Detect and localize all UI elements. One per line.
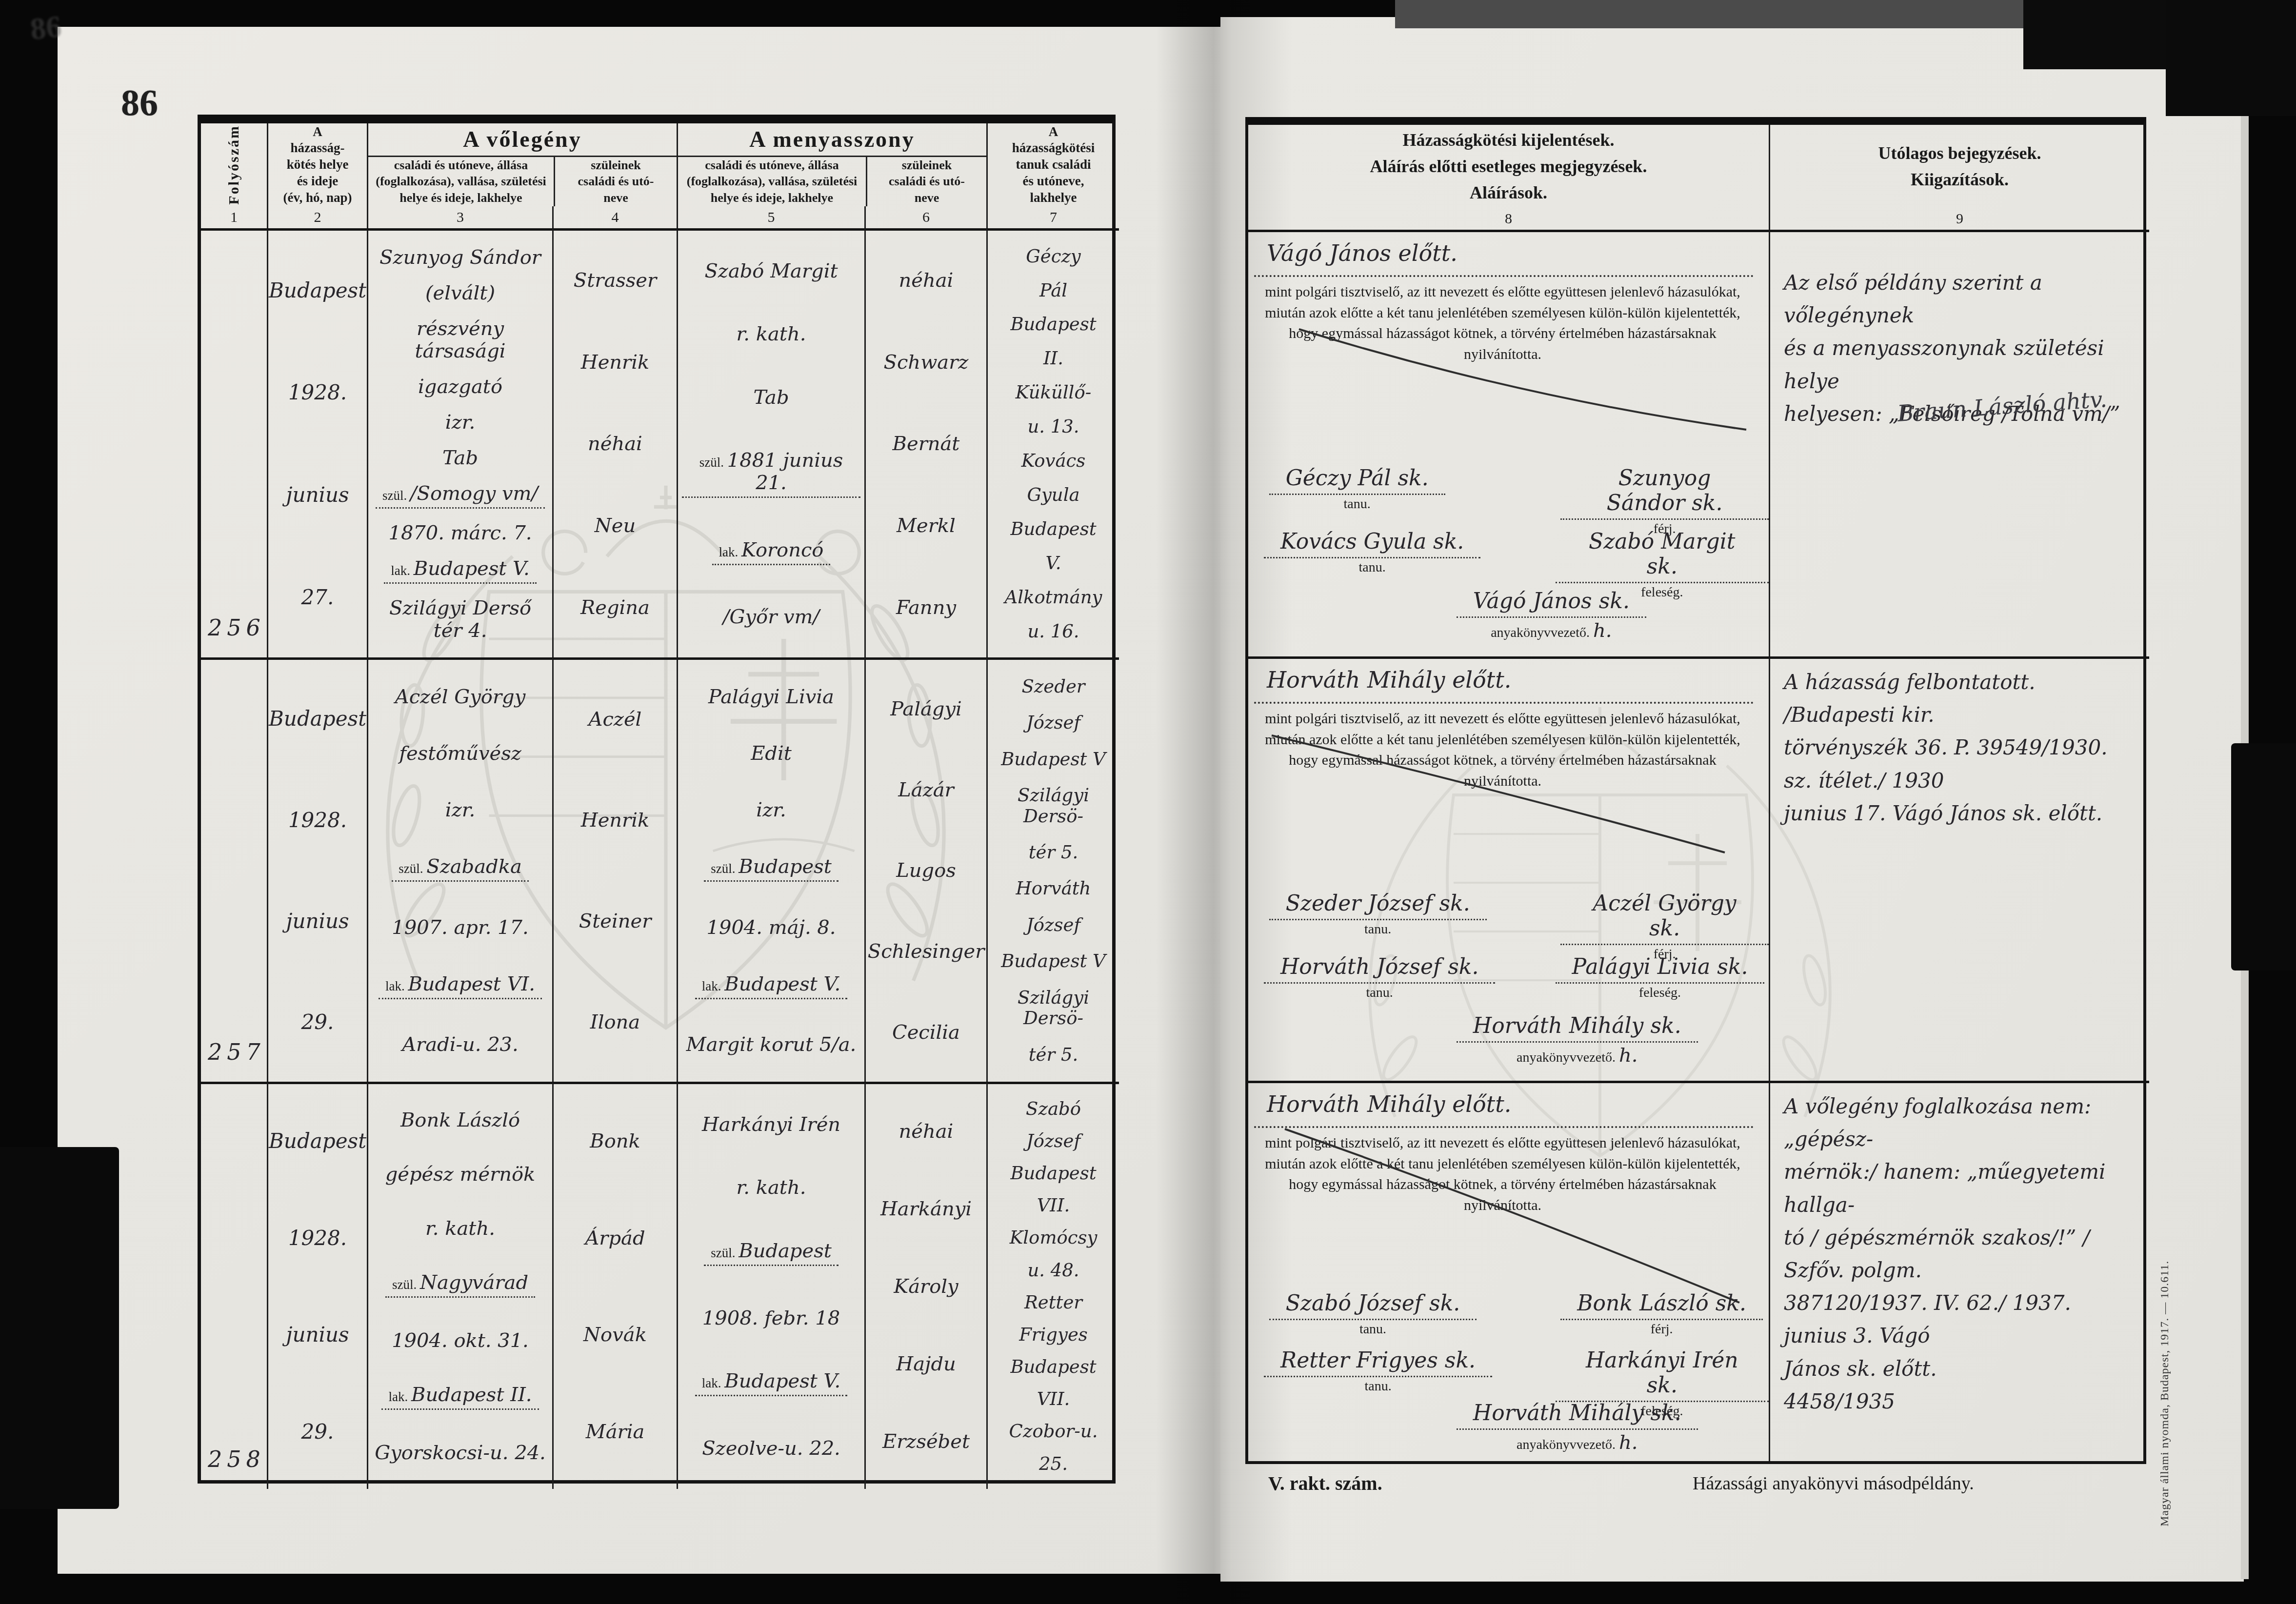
line: Házasságkötési kijelentések. bbox=[1403, 127, 1615, 153]
line: Aláírások. bbox=[1470, 179, 1547, 206]
printed-label: lak. bbox=[385, 979, 408, 993]
line: Harkányi bbox=[880, 1198, 972, 1220]
witness2-signature: Retter Frigyes sk.tanu. bbox=[1264, 1348, 1492, 1394]
line: szüleinek bbox=[867, 157, 986, 174]
line: Tab bbox=[753, 386, 789, 409]
groom-details: Bonk Lászlógépész mérnökr. kath.szül. Na… bbox=[367, 1082, 552, 1489]
line: Bonk bbox=[590, 1130, 640, 1152]
line: Novák bbox=[583, 1324, 647, 1346]
line: lak. Budapest II. bbox=[381, 1384, 539, 1410]
colnum-9: 9 bbox=[1769, 208, 2149, 230]
bride-group-title: A menyasszony bbox=[678, 123, 986, 157]
line: (foglalkozása), vallása, születési bbox=[678, 173, 866, 190]
printed-label: lak. bbox=[388, 1389, 411, 1404]
officiant-name: Vágó János előtt. bbox=[1267, 240, 1457, 266]
declaration-block: Horváth Mihály előtt. mint polgári tiszt… bbox=[1248, 1081, 1769, 1461]
line: Küküllő- bbox=[1016, 382, 1091, 403]
line: 1904. okt. 31. bbox=[392, 1329, 529, 1352]
entry-number: 256 bbox=[201, 228, 267, 657]
printed-label: lak. bbox=[719, 545, 742, 559]
line: 29. bbox=[301, 1420, 334, 1444]
line: szül. Nagyvárad bbox=[385, 1271, 535, 1298]
printed-label: szül. bbox=[711, 861, 739, 876]
line: 1870. márc. 7. bbox=[388, 522, 532, 544]
line: lakhelye bbox=[1030, 190, 1077, 206]
line: r. kath. bbox=[737, 323, 806, 345]
groom-parents-header: szüleinekcsaládi és utó-neve bbox=[555, 157, 677, 206]
printed-label: szül. bbox=[699, 455, 727, 470]
scan-artifact-corner2 bbox=[2166, 0, 2296, 116]
line: 1908. febr. 18 bbox=[702, 1307, 840, 1329]
scan-artifact-bar bbox=[1395, 0, 2025, 28]
line: V. bbox=[1045, 553, 1061, 574]
line: János sk. előtt. bbox=[1784, 1352, 2139, 1385]
header-folyoszam-label: Folyószám bbox=[226, 125, 242, 205]
registrar-signature: Horváth Mihály sk.anyakönyvvezető. h. bbox=[1457, 1013, 1698, 1067]
line: 1928. bbox=[288, 381, 347, 404]
line: 29. bbox=[301, 1010, 334, 1034]
line: néhai bbox=[588, 433, 642, 455]
printed-label: lak. bbox=[702, 1376, 725, 1390]
line: Bernát bbox=[893, 433, 960, 455]
line: József bbox=[1026, 713, 1080, 733]
line: Alkotmány bbox=[1005, 587, 1102, 608]
line: mérnök:/ hanem: „műegyetemi hallga- bbox=[1784, 1155, 2139, 1221]
place-and-date: Budapest1928.junius29. bbox=[267, 1082, 367, 1489]
line: 25. bbox=[1039, 1454, 1068, 1475]
line: A vőlegény foglalkozása nem: „gépész- bbox=[1784, 1090, 2139, 1155]
officiant-name: Horváth Mihály előtt. bbox=[1267, 667, 1511, 693]
scanned-marriage-register-spread: 86 86 86 Folyószám Aházasság-kötés helye… bbox=[0, 0, 2296, 1604]
line: Cecilia bbox=[892, 1021, 960, 1044]
printed-label: szül. bbox=[392, 1277, 420, 1292]
officiant-name: Horváth Mihály előtt. bbox=[1267, 1091, 1511, 1117]
header-declarations: Házasságkötési kijelentések.Aláírás előt… bbox=[1248, 125, 1769, 208]
line: Budapest V bbox=[1001, 749, 1106, 770]
line: Budapest bbox=[269, 1129, 366, 1153]
colnum-5: 5 bbox=[677, 206, 864, 228]
line: izr. bbox=[445, 799, 475, 821]
line: A házasság felbontatott. /Budapesti kir. bbox=[1784, 666, 2139, 731]
line: izr. bbox=[445, 411, 475, 434]
line: Margit korut 5/a. bbox=[686, 1033, 857, 1056]
line: szül. Szabadka bbox=[392, 855, 528, 882]
witness2-signature: Kovács Gyula sk.tanu. bbox=[1264, 529, 1480, 575]
line: Szeolve-u. 22. bbox=[702, 1437, 840, 1460]
printed-statement: mint polgári tisztviselő, az itt nevezet… bbox=[1258, 282, 1747, 365]
line: Az első példány szerint a vőlegénynek bbox=[1784, 266, 2139, 332]
line: tanuk családi bbox=[1016, 157, 1091, 173]
line: lak. Koroncó bbox=[712, 539, 831, 565]
subsequent-note: A vőlegény foglalkozása nem: „gépész-mér… bbox=[1769, 1081, 2149, 1461]
line: Budapest bbox=[1010, 314, 1096, 335]
line: Budapest V bbox=[1001, 951, 1106, 972]
line: Bonk László bbox=[400, 1109, 520, 1131]
line: Palágyi bbox=[890, 698, 962, 720]
colnum-7: 7 bbox=[986, 206, 1119, 228]
line: házasság- bbox=[290, 140, 344, 157]
line: r. kath. bbox=[425, 1217, 495, 1240]
header-groom-group: A vőlegény családi és utóneve, állása(fo… bbox=[367, 123, 677, 206]
line: Árpád bbox=[585, 1227, 645, 1249]
line: junius 17. Vágó János sk. előtt. bbox=[1784, 797, 2139, 830]
line: Lugos bbox=[896, 859, 956, 882]
line: Hajdu bbox=[896, 1353, 956, 1375]
groom-details: Szunyog Sándor(elvált)részvény társasági… bbox=[367, 228, 552, 657]
colnum-1: 1 bbox=[201, 206, 267, 228]
line: szül. Budapest bbox=[704, 855, 839, 882]
line: házasságkötési bbox=[1012, 140, 1095, 157]
bride-parents: PalágyiLázárLugosSchlesingerCecilia bbox=[864, 657, 986, 1082]
declarations-table: Házasságkötési kijelentések.Aláírás előt… bbox=[1245, 117, 2146, 1464]
line: néhai bbox=[899, 1120, 954, 1143]
line: Schwarz bbox=[884, 351, 969, 374]
line: szül. /Somogy vm/ bbox=[376, 482, 545, 509]
line: Regina bbox=[580, 596, 650, 619]
header-bride-group: A menyasszony családi és utóneve, állása… bbox=[677, 123, 986, 206]
line: junius bbox=[286, 1323, 349, 1347]
line: VII. bbox=[1037, 1389, 1070, 1410]
line: Schlesinger bbox=[868, 940, 985, 963]
groom-parents: StrasserHenriknéhaiNeuRegina bbox=[552, 228, 677, 657]
line: Frigyes bbox=[1019, 1325, 1088, 1346]
line: Aczél György bbox=[395, 686, 526, 708]
bride-parents-header: szüleinekcsaládi és utó-neve bbox=[867, 157, 986, 206]
header-witnesses: Aházasságkötésitanuk családiés utóneve,l… bbox=[986, 123, 1119, 206]
line: és ideje bbox=[297, 173, 339, 190]
line: Aczél bbox=[589, 708, 642, 731]
line: junius bbox=[286, 483, 349, 507]
subsequent-note: A házasság felbontatott. /Budapesti kir.… bbox=[1769, 656, 2149, 1081]
registrar-signature: Horváth Mihály sk.anyakönyvvezető. h. bbox=[1457, 1401, 1698, 1454]
line: és utóneve, bbox=[1023, 173, 1084, 190]
printed-statement: mint polgári tisztviselő, az itt nevezet… bbox=[1258, 1133, 1747, 1216]
place-and-date: Budapest1928.junius29. bbox=[267, 657, 367, 1082]
printed-label: szül. bbox=[399, 861, 426, 876]
line: kötés helye bbox=[287, 157, 349, 173]
groom-group-title: A vőlegény bbox=[368, 123, 677, 157]
line: A bbox=[313, 124, 322, 140]
colnum-8: 8 bbox=[1248, 208, 1769, 230]
line: Szabó bbox=[1026, 1099, 1081, 1120]
husband-signature: Aczél György sk.férj. bbox=[1560, 891, 1769, 962]
line: Gyorskocsi-u. 24. bbox=[375, 1442, 546, 1464]
groom-parents: AczélHenrikSteinerIlona bbox=[552, 657, 677, 1082]
line: tér 5. bbox=[1029, 842, 1078, 863]
line: Erzsébet bbox=[882, 1430, 970, 1453]
entry-number: 257. bbox=[201, 657, 267, 1082]
bride-details: Harkányi Irénr. kath.szül. Budapest1908.… bbox=[677, 1082, 864, 1489]
line: tér 5. bbox=[1029, 1045, 1078, 1066]
line: u. 13. bbox=[1027, 416, 1079, 437]
line: családi és utó- bbox=[555, 173, 677, 190]
line: lak. Budapest V. bbox=[384, 557, 536, 584]
line: 387120/1937. IV. 62./ 1937. junius 3. Vá… bbox=[1784, 1287, 2139, 1352]
witnesses: GéczyPálBudapestII.Küküllő-u. 13.KovácsG… bbox=[986, 228, 1119, 657]
line: gépész mérnök bbox=[385, 1163, 536, 1186]
line: 27. bbox=[301, 586, 334, 609]
line: Utólagos bejegyzések. bbox=[1878, 140, 2041, 166]
line: Kovács bbox=[1021, 451, 1086, 472]
line: 1907. apr. 17. bbox=[392, 916, 528, 939]
line: /Győr vm/ bbox=[723, 606, 819, 628]
line: 1904. máj. 8. bbox=[707, 916, 836, 939]
line: festőművész bbox=[399, 742, 521, 765]
dotted-rule bbox=[1254, 1126, 1754, 1128]
husband-signature: Bonk László sk.férj. bbox=[1560, 1291, 1763, 1337]
registrar-signature: Vágó János sk.anyakönyvvezető. h. bbox=[1457, 589, 1646, 642]
line: igazgató bbox=[418, 376, 502, 398]
line: (elvált) bbox=[425, 282, 495, 304]
printed-label: lak. bbox=[391, 563, 414, 578]
line: Aláírás előtti esetleges megjegyzések. bbox=[1370, 153, 1647, 179]
printed-statement: mint polgári tisztviselő, az itt nevezet… bbox=[1258, 709, 1747, 792]
line: Budapest bbox=[269, 707, 366, 731]
dotted-rule bbox=[1254, 275, 1754, 277]
line: Szunyog Sándor bbox=[379, 246, 541, 269]
declaration-block: Horváth Mihály előtt. mint polgári tiszt… bbox=[1248, 656, 1769, 1081]
line: Lázár bbox=[898, 779, 954, 801]
printer-imprint: Magyar állami nyomda, Budapest, 1917. — … bbox=[2158, 1131, 2172, 1526]
line: 4458/1935 bbox=[1784, 1385, 2139, 1418]
line: Gyula bbox=[1027, 485, 1079, 506]
line: junius bbox=[286, 910, 349, 933]
witnesses: SzederJózsefBudapest VSzilágyi Dersö-tér… bbox=[986, 657, 1119, 1082]
line: Budapest bbox=[1010, 1357, 1096, 1378]
line: Pál bbox=[1039, 280, 1067, 301]
page-number: 86 bbox=[121, 82, 158, 124]
witness1-signature: Géczy Pál sk.tanu. bbox=[1269, 466, 1445, 512]
header-folyoszam: Folyószám bbox=[201, 123, 267, 206]
witness2-signature: Horváth József sk.tanu. bbox=[1264, 954, 1495, 1001]
header-subsequent-entries: Utólagos bejegyzések.Kiigazítások. bbox=[1769, 125, 2149, 208]
witnesses: SzabóJózsefBudapestVII.Klomócsyu. 48.Ret… bbox=[986, 1082, 1119, 1489]
line: helye és ideje, lakhelye bbox=[368, 190, 554, 206]
line: u. 48. bbox=[1027, 1260, 1079, 1281]
bride-parents: néhaiHarkányiKárolyHajduErzsébet bbox=[864, 1082, 986, 1489]
line: Palágyi Livia bbox=[708, 686, 834, 708]
register-type-label: Házassági anyakönyvi másodpéldány. bbox=[1693, 1473, 1974, 1494]
bride-details: Szabó Margitr. kath.Tabszül. 1881 junius… bbox=[677, 228, 864, 657]
colnum-2: 2 bbox=[267, 206, 367, 228]
line: tó / gépészmérnök szakos/!” / Szfőv. pol… bbox=[1784, 1221, 2139, 1287]
printed-label: szül. bbox=[711, 1246, 739, 1260]
corner-pencil-mark: 86 bbox=[28, 8, 63, 47]
line: Retter bbox=[1024, 1292, 1082, 1313]
groom-parents: BonkÁrpádNovákMária bbox=[552, 1082, 677, 1489]
line: Budapest bbox=[269, 279, 366, 302]
line: neve bbox=[867, 190, 986, 206]
line: szül. Budapest bbox=[704, 1240, 839, 1266]
line: (foglalkozása), vallása, születési bbox=[368, 173, 554, 190]
scan-artifact-tab-right bbox=[2231, 743, 2296, 970]
printed-label: lak. bbox=[702, 979, 725, 993]
line: Edit bbox=[751, 742, 792, 765]
line: II. bbox=[1043, 348, 1063, 369]
line: izr. bbox=[756, 799, 786, 821]
line: Fanny bbox=[896, 596, 956, 619]
line: József bbox=[1026, 1131, 1080, 1152]
line: lak. Budapest VI. bbox=[379, 973, 542, 999]
stock-number-label: V. rakt. szám. bbox=[1268, 1472, 1382, 1495]
line: családi és utó- bbox=[867, 173, 986, 190]
line: Szilágyi Dersö- bbox=[992, 988, 1115, 1029]
printed-label: szül. bbox=[382, 488, 410, 503]
note-text: A házasság felbontatott. /Budapesti kir.… bbox=[1784, 666, 2139, 830]
bride-subheaders: családi és utóneve, állása(foglalkozása)… bbox=[678, 157, 986, 206]
line: Henrik bbox=[581, 351, 649, 374]
line: Harkányi Irén bbox=[702, 1113, 840, 1136]
line: részvény társasági bbox=[372, 317, 548, 362]
line: Budapest bbox=[1010, 519, 1096, 540]
line: Czobor-u. bbox=[1009, 1421, 1098, 1442]
line: Horváth bbox=[1016, 878, 1091, 899]
line: VII. bbox=[1037, 1195, 1070, 1216]
line: helye és ideje, lakhelye bbox=[678, 190, 866, 206]
witness1-signature: Szeder József sk.tanu. bbox=[1269, 891, 1487, 937]
line: családi és utóneve, állása bbox=[678, 157, 866, 174]
line: családi és utóneve, állása bbox=[368, 157, 554, 174]
marriage-register-table: Folyószám Aházasság-kötés helyeés ideje(… bbox=[198, 115, 1116, 1484]
line: (év, hó, nap) bbox=[283, 190, 352, 206]
wife-signature: Palágyi Livia sk.feleség. bbox=[1556, 954, 1765, 1001]
line: Mária bbox=[586, 1421, 645, 1443]
line: Klomócsy bbox=[1010, 1228, 1098, 1248]
line: Aradi-u. 23. bbox=[402, 1033, 519, 1056]
declaration-block: Vágó János előtt. mint polgári tisztvise… bbox=[1248, 230, 1769, 656]
subsequent-note: Az első példány szerint a vőlegénynekés … bbox=[1769, 230, 2149, 656]
bride-details-header: családi és utóneve, állása(foglalkozása)… bbox=[678, 157, 867, 206]
line: Budapest bbox=[1010, 1163, 1096, 1184]
line: Szilágyi Dersö- bbox=[992, 785, 1115, 827]
witness1-signature: Szabó József sk.tanu. bbox=[1269, 1291, 1477, 1337]
bride-details: Palágyi LiviaEditizr.szül. Budapest1904.… bbox=[677, 657, 864, 1082]
line: Géczy bbox=[1026, 246, 1081, 267]
line: A bbox=[1049, 124, 1058, 140]
line: Henrik bbox=[581, 809, 649, 832]
line: 1928. bbox=[288, 1227, 347, 1250]
entry-number: 258. bbox=[201, 1082, 267, 1489]
line: Tab bbox=[442, 447, 478, 469]
line: 1928. bbox=[288, 809, 347, 832]
line: törvényszék 36. P. 39549/1930. sz. ítéle… bbox=[1784, 731, 2139, 796]
colnum-6: 6 bbox=[864, 206, 986, 228]
line: Károly bbox=[894, 1275, 958, 1298]
place-and-date: Budapest1928.junius27. bbox=[267, 228, 367, 657]
bride-parents: néhaiSchwarzBernátMerklFanny bbox=[864, 228, 986, 657]
line: Kiigazítások. bbox=[1911, 166, 2009, 193]
groom-details-header: családi és utóneve, állása(foglalkozása)… bbox=[368, 157, 555, 206]
line: József bbox=[1026, 915, 1080, 936]
line: Szeder bbox=[1021, 676, 1085, 697]
line: Neu bbox=[595, 515, 636, 537]
line: lak. Budapest V. bbox=[695, 973, 847, 999]
line: Ilona bbox=[590, 1011, 640, 1033]
line: u. 16. bbox=[1027, 621, 1079, 642]
line: Strasser bbox=[574, 269, 657, 292]
line: neve bbox=[555, 190, 677, 206]
colnum-3: 3 bbox=[367, 206, 552, 228]
line: Merkl bbox=[897, 515, 956, 537]
groom-details: Aczél Györgyfestőművészizr.szül. Szabadk… bbox=[367, 657, 552, 1082]
line: Szilágyi Derső tér 4. bbox=[372, 597, 548, 642]
header-place-date: Aházasság-kötés helyeés ideje(év, hó, na… bbox=[267, 123, 367, 206]
line: Szabó Margit bbox=[704, 260, 838, 282]
colnum-4: 4 bbox=[552, 206, 677, 228]
line: lak. Budapest V. bbox=[695, 1370, 847, 1396]
line: Steiner bbox=[579, 910, 652, 932]
groom-subheaders: családi és utóneve, állása(foglalkozása)… bbox=[368, 157, 677, 206]
line: néhai bbox=[899, 269, 954, 292]
note-text: A vőlegény foglalkozása nem: „gépész-mér… bbox=[1784, 1090, 2139, 1418]
line: r. kath. bbox=[737, 1176, 806, 1199]
dotted-rule bbox=[1254, 702, 1754, 704]
line: szül. 1881 junius 21. bbox=[682, 449, 860, 498]
scan-artifact-tab-left bbox=[0, 1147, 119, 1509]
line: szüleinek bbox=[555, 157, 677, 174]
husband-signature: Szunyog Sándor sk.férj. bbox=[1560, 466, 1769, 537]
